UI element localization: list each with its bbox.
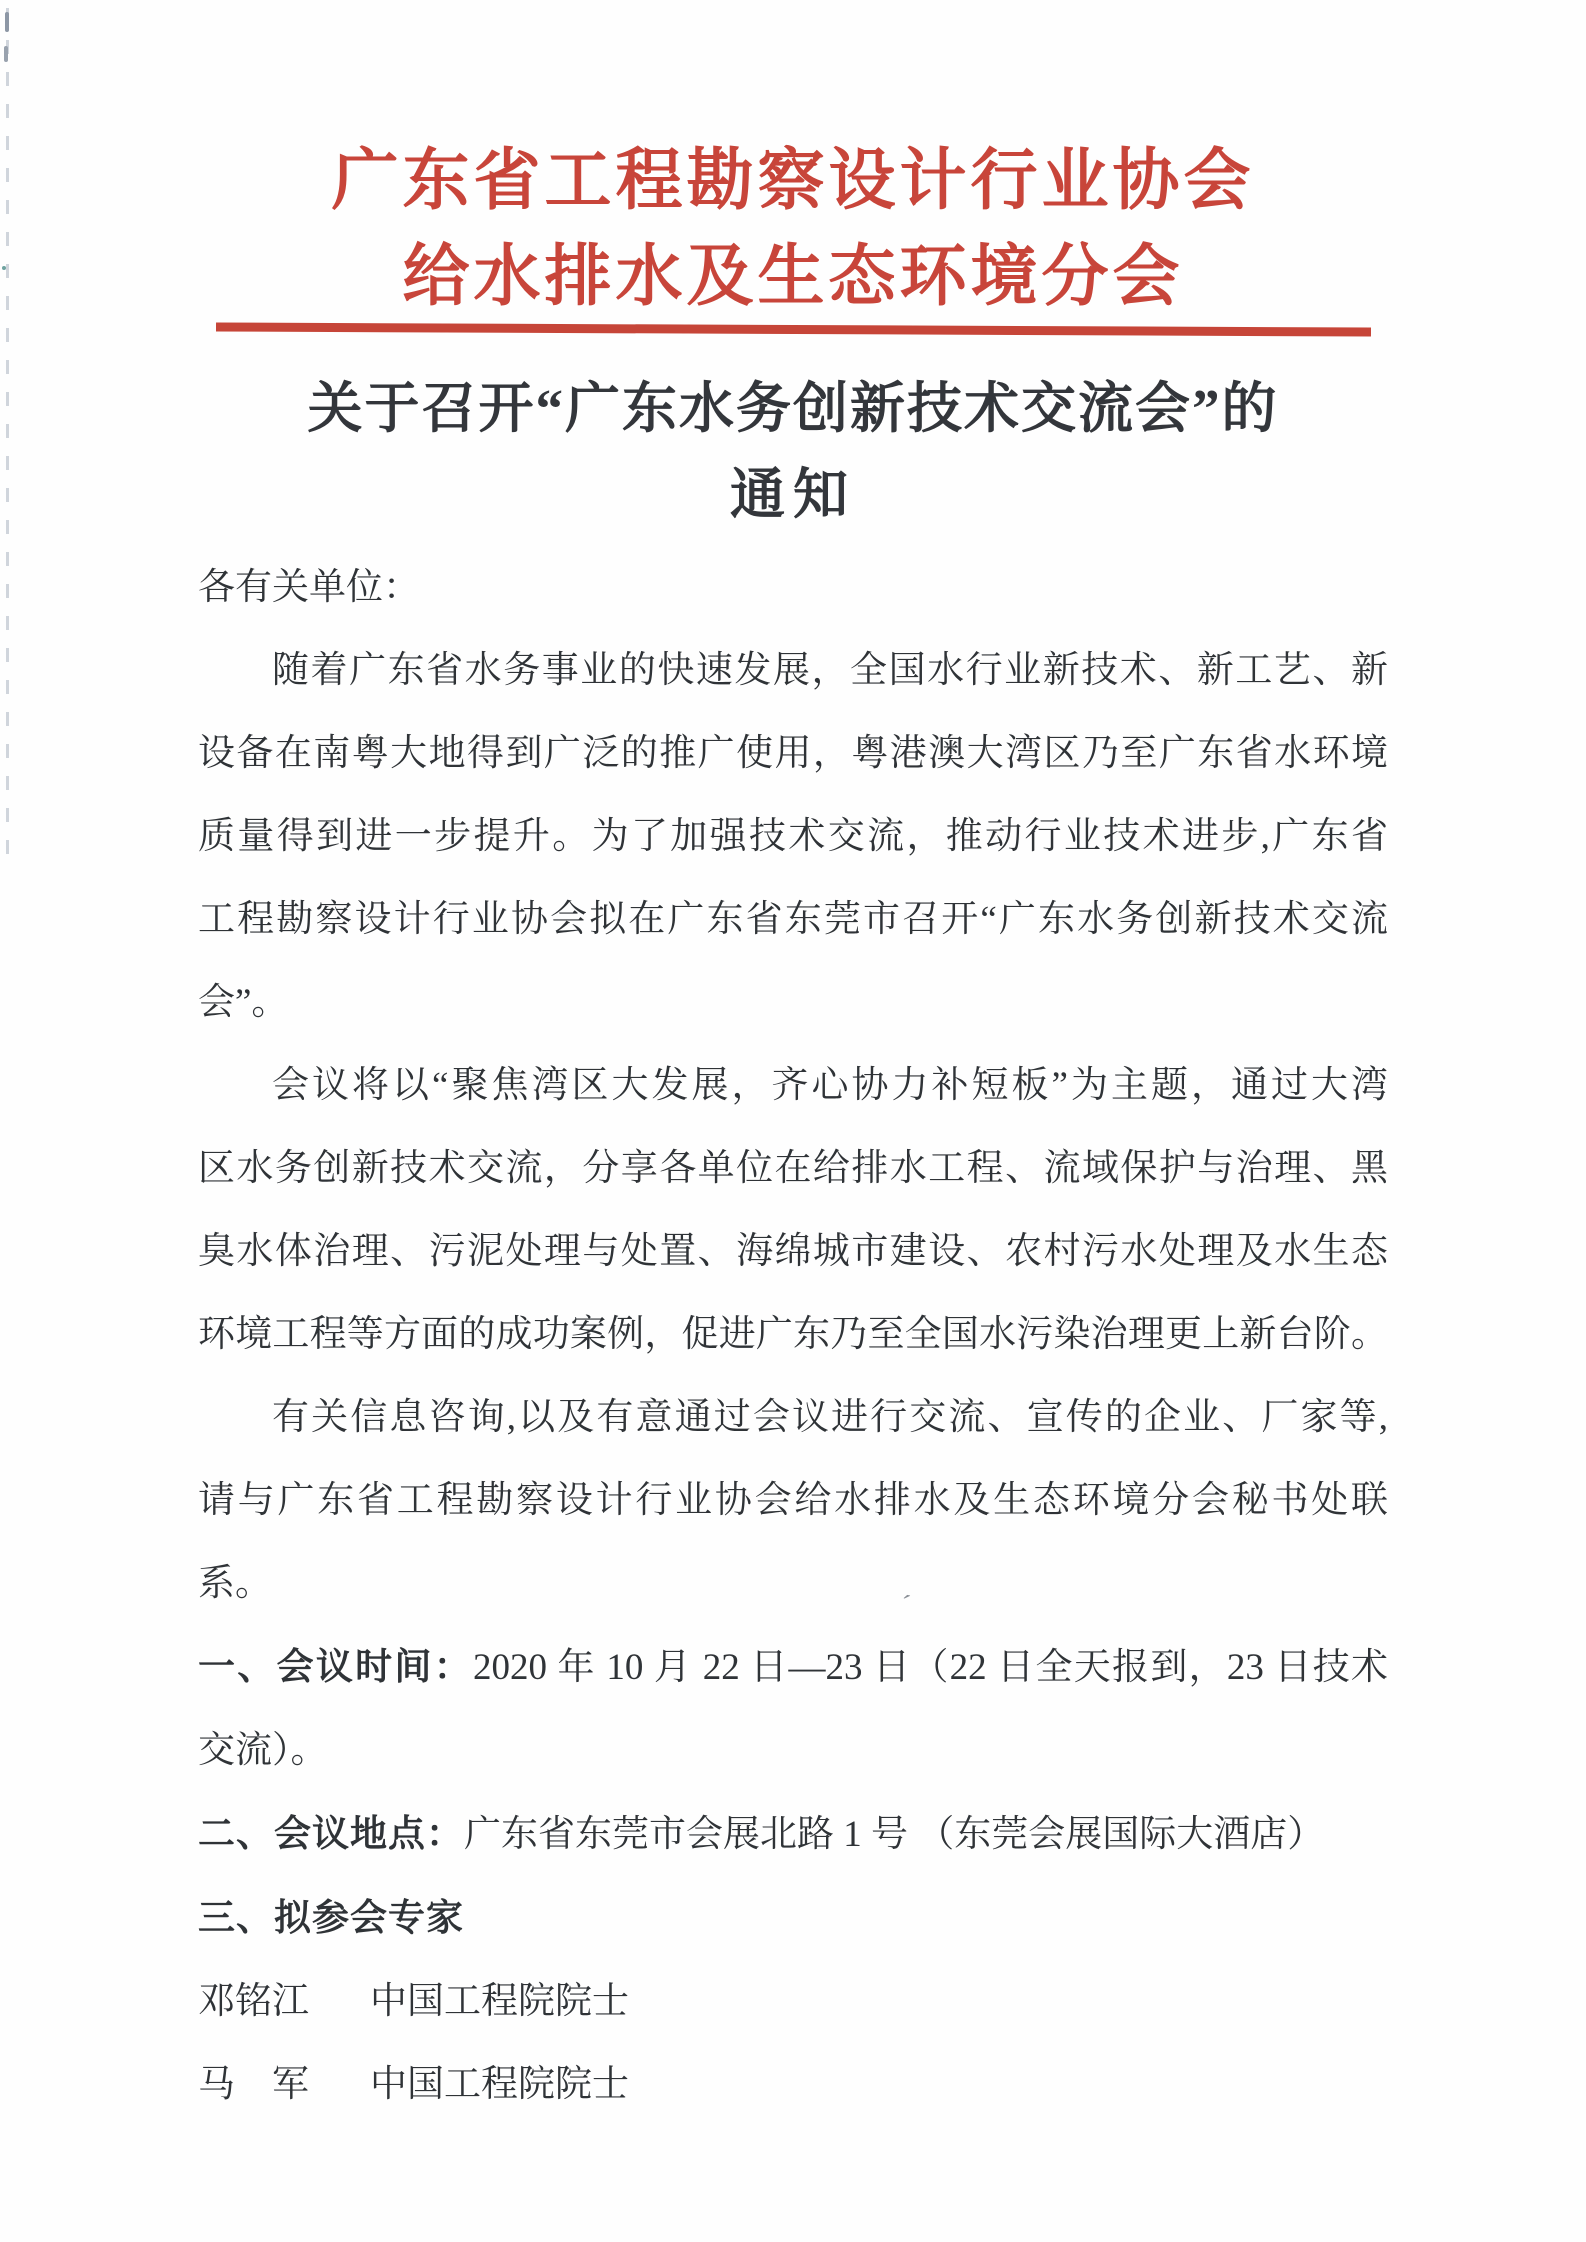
body-line-text: 随着广东省水务事业的快速发展，全国水行业新技术、新工艺、新 — [272, 650, 1388, 691]
notice-title-line1: 关于召开“广东水务创新技术交流会”的 — [0, 381, 1586, 436]
expert-row: 邓铭江中国工程院院士 — [198, 1960, 1388, 2043]
body-line-text: 会议将以“聚焦湾区大发展，齐心协力补短板”为主题，通过大湾 — [272, 1065, 1388, 1106]
body-line: 环境工程等方面的成功案例，促进广东乃至全国水污染治理更上新台阶。 — [198, 1293, 1388, 1376]
body-line: 二、会议地点：广东省东莞市会展北路 1 号 （东莞会展国际大酒店） — [198, 1792, 1388, 1876]
item-heading: 一、会议时间： — [198, 1646, 473, 1687]
body-line-text: 会”。 — [198, 982, 288, 1023]
scan-artifact-dash — [5, 12, 9, 32]
expert-name: 马 军 — [198, 2043, 330, 2126]
body-line: 设备在南粤大地得到广泛的推广使用，粤港澳大湾区乃至广东省水环境 — [198, 712, 1388, 795]
notice-body: 各有关单位： 随着广东省水务事业的快速发展，全国水行业新技术、新工艺、新设备在南… — [198, 546, 1388, 2126]
body-line-text: 工程勘察设计行业协会拟在广东省东莞市召开“广东水务创新技术交流 — [198, 899, 1388, 940]
letterhead: 广东省工程勘察设计行业协会 给水排水及生态环境分会 — [0, 0, 1586, 334]
body-line-text: 设备在南粤大地得到广泛的推广使用，粤港澳大湾区乃至广东省水环境 — [198, 733, 1388, 774]
body-line-text: 环境工程等方面的成功案例，促进广东乃至全国水污染治理更上新台阶。 — [198, 1314, 1388, 1355]
body-line-text: 交流）。 — [198, 1730, 328, 1771]
body-line: 质量得到进一步提升。为了加强技术交流，推动行业技术进步,广东省 — [198, 795, 1388, 878]
body-lines: 随着广东省水务事业的快速发展，全国水行业新技术、新工艺、新设备在南粤大地得到广泛… — [198, 629, 1388, 1960]
scanned-notice-page: ˊ 广东省工程勘察设计行业协会 给水排水及生态环境分会 关于召开“广东水务创新技… — [0, 0, 1586, 2242]
expert-row: 马 军中国工程院院士 — [198, 2043, 1388, 2126]
body-line: 区水务创新技术交流，分享各单位在给排水工程、流域保护与治理、黑 — [198, 1127, 1388, 1210]
body-line-text: 2020 年 10 月 22 日—23 日（22 日全天报到，23 日技术 — [473, 1647, 1388, 1688]
body-line: 三、拟参会专家 — [198, 1876, 1388, 1960]
body-line-text: 臭水体治理、污泥处理与处置、海绵城市建设、农村污水处理及水生态 — [198, 1231, 1388, 1272]
notice-title-line2: 通知 — [0, 467, 1586, 522]
body-line-text: 区水务创新技术交流，分享各单位在给排水工程、流域保护与治理、黑 — [198, 1148, 1388, 1189]
body-line: 交流）。 — [198, 1709, 1388, 1792]
body-line: 有关信息咨询,以及有意通过会议进行交流、宣传的企业、厂家等, — [198, 1376, 1388, 1459]
item-heading: 三、拟参会专家 — [198, 1897, 464, 1938]
expert-name: 邓铭江 — [198, 1960, 330, 2043]
body-line-text: 广东省东莞市会展北路 1 号 （东莞会展国际大酒店） — [464, 1814, 1324, 1855]
body-line-text: 质量得到进一步提升。为了加强技术交流，推动行业技术进步,广东省 — [198, 816, 1388, 857]
expert-title: 中国工程院院士 — [370, 2043, 629, 2126]
scan-artifact-dash — [4, 46, 8, 62]
scan-artifact-left-edge — [6, 8, 9, 868]
body-line: 系。 — [198, 1542, 1388, 1625]
body-line-text: 请与广东省工程勘察设计行业协会给水排水及生态环境分会秘书处联 — [198, 1480, 1388, 1521]
expert-title: 中国工程院院士 — [370, 1960, 629, 2043]
body-line: 请与广东省工程勘察设计行业协会给水排水及生态环境分会秘书处联 — [198, 1459, 1388, 1542]
body-line-text: 系。 — [198, 1563, 272, 1604]
salutation: 各有关单位： — [198, 546, 1388, 629]
letterhead-org-name: 广东省工程勘察设计行业协会 — [0, 148, 1586, 215]
body-line: 工程勘察设计行业协会拟在广东省东莞市召开“广东水务创新技术交流 — [198, 878, 1388, 961]
letterhead-branch-name: 给水排水及生态环境分会 — [0, 244, 1586, 311]
body-line: 随着广东省水务事业的快速发展，全国水行业新技术、新工艺、新 — [198, 629, 1388, 712]
body-line: 会议将以“聚焦湾区大发展，齐心协力补短板”为主题，通过大湾 — [198, 1044, 1388, 1127]
item-heading: 二、会议地点： — [198, 1813, 464, 1854]
letterhead-rule — [215, 322, 1370, 336]
body-line: 会”。 — [198, 961, 1388, 1044]
scan-artifact-dot — [2, 266, 6, 270]
body-line-text: 有关信息咨询,以及有意通过会议进行交流、宣传的企业、厂家等, — [272, 1397, 1388, 1438]
experts-list: 邓铭江中国工程院院士马 军中国工程院院士 — [198, 1960, 1388, 2126]
body-line: 臭水体治理、污泥处理与处置、海绵城市建设、农村污水处理及水生态 — [198, 1210, 1388, 1293]
body-line: 一、会议时间：2020 年 10 月 22 日—23 日（22 日全天报到，23… — [198, 1625, 1388, 1709]
